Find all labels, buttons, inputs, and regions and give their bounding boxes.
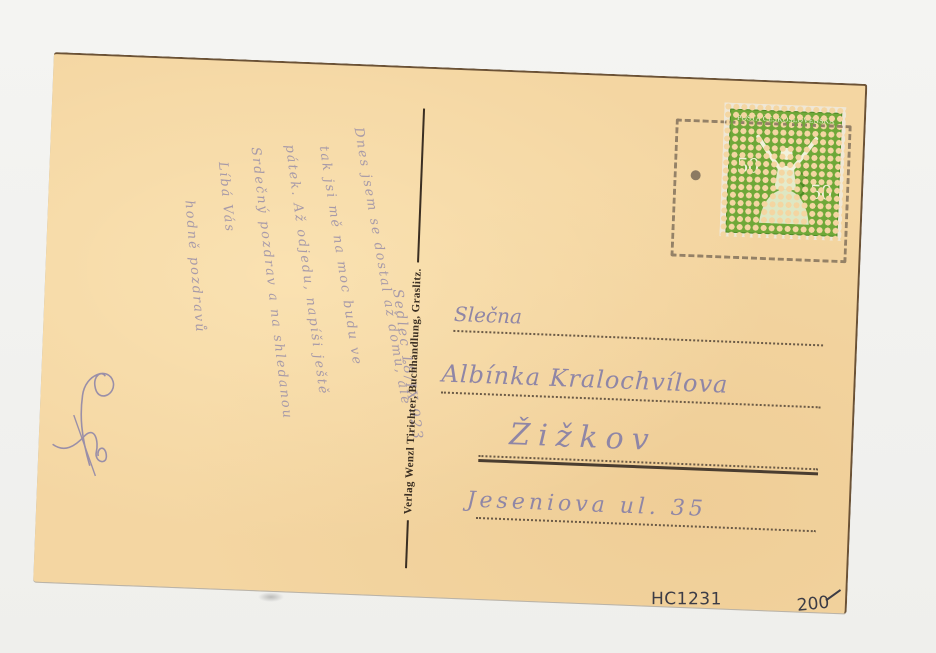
stamp-value-left: 50	[737, 152, 760, 179]
price-note: 200	[796, 593, 830, 616]
signature-flourish: Sp	[49, 354, 124, 487]
recipient-street: Jeseniova ul. 35	[466, 488, 707, 522]
message-line: tak jsi mě na moc budu ve	[316, 145, 365, 367]
divider-rule	[405, 520, 408, 568]
inventory-code: HC1231	[651, 589, 722, 609]
stamp-face: POSTA ČESKOSLOVENSKÁ 50 50	[725, 109, 842, 237]
stamp-allegory-figure-icon	[749, 122, 823, 229]
salutation-text: Slečna	[454, 302, 523, 329]
handwritten-message: Dnes jsem se dostal až domů, ale tak jsi…	[145, 98, 422, 548]
postage-stamp: POSTA ČESKOSLOVENSKÁ 50 50	[719, 102, 846, 241]
postmark-mark	[690, 170, 700, 180]
stamp-value-right: 50	[810, 179, 833, 206]
recipient-city: Žižkov	[509, 417, 658, 458]
message-line: Líbá Vás	[215, 161, 237, 234]
scan-smudge	[258, 592, 284, 602]
message-line: hodně pozdravů	[181, 200, 207, 335]
postcard: Dnes jsem se dostal až domů, ale tak jsi…	[33, 52, 867, 614]
divider-rule	[417, 109, 425, 263]
address-block: Slečna Albínka Kralochvílova Žižkov Jese…	[436, 270, 825, 533]
